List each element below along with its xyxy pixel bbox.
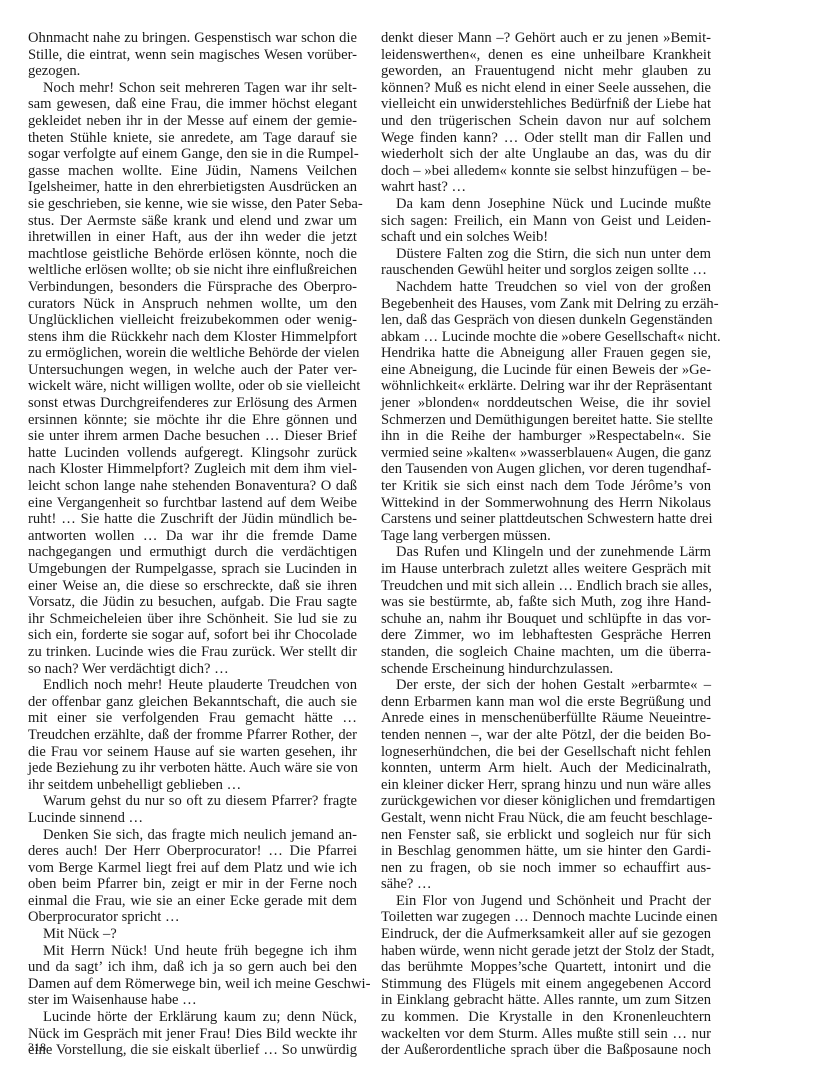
text-line: mit einer sie verfolgenden Frau gemacht … xyxy=(28,710,357,727)
text-line: zurückgewichen vor dieser königlichen un… xyxy=(381,793,711,810)
text-line: rauschenden Gewühl heiter und sorglos ze… xyxy=(381,262,711,279)
text-line: so nach? Wer verdächtigt dich? … xyxy=(28,661,357,678)
text-line: sie unter ihrem armen Dache besuchen … D… xyxy=(28,428,357,445)
text-line: ter Kritik sie sich einst nach dem Tode … xyxy=(381,478,711,495)
text-line: ein kleiner dicker Herr, sprang hinzu un… xyxy=(381,777,711,794)
text-line: denkt dieser Mann –? Gehört auch er zu j… xyxy=(381,30,711,47)
text-line: im Hause unterbrach zuletzt alles weiter… xyxy=(381,561,711,578)
text-line: ihr Schmeicheleien über ihre Schönheit. … xyxy=(28,611,357,628)
text-line: sich ein, forderte sie sogar auf, sofort… xyxy=(28,627,357,644)
text-line: nen Fenster saß, sie erblickt und soglei… xyxy=(381,827,711,844)
text-line: sich sagen: Freilich, ein Mann von Geist… xyxy=(381,213,711,230)
text-line: haben würde, wenn nicht gerade jetzt der… xyxy=(381,943,711,960)
text-line: jede Beziehung zu ihr verboten hätte. Au… xyxy=(28,760,357,777)
text-line: Stimmung des Flügels mit einem angegeben… xyxy=(381,976,711,993)
text-line: ersinnen könnte; sie möchte ihr die Ehre… xyxy=(28,412,357,429)
text-line: ruht! … Sie hatte die Zuschrift der Jüdi… xyxy=(28,511,357,528)
text-line: Unglücklichen vielleicht freizubekommen … xyxy=(28,312,357,329)
text-line: Eindruck, der die Aufmerksamkeit aller a… xyxy=(381,926,711,943)
text-line: nachgegangen und ermuthigt durch die ver… xyxy=(28,544,357,561)
text-line: schende Erscheinung hindurchzulassen. xyxy=(381,661,711,678)
text-line: Warum gehst du nur so oft zu diesem Pfar… xyxy=(28,793,357,810)
text-line: Wege finden kann? … Oder stellt man dir … xyxy=(381,130,711,147)
text-line: weltliche erlösen wollte; ob sie nicht i… xyxy=(28,262,357,279)
text-line: ihr seitdem unbehelligt geblieben … xyxy=(28,777,357,794)
text-line: Der erste, der sich der hohen Gestalt »e… xyxy=(381,677,711,694)
text-line: Treudchen erzählte, daß der fromme Pfarr… xyxy=(28,727,357,744)
text-line: und den trügerischen Schein davon nur au… xyxy=(381,113,711,130)
text-line: wahrt hast? … xyxy=(381,179,711,196)
text-line: nen zu fragen, ob sie noch immer so echa… xyxy=(381,860,711,877)
text-line: Hendrika hatte die Abneigung aller Fraue… xyxy=(381,345,711,362)
text-line: Das Rufen und Klingeln und der zunehmend… xyxy=(381,544,711,561)
text-line: sie geschrieben, sie kenne, wie sie wiss… xyxy=(28,196,357,213)
text-line: Gestalt, wenn nicht Frau Nück, die am fe… xyxy=(381,810,711,827)
text-line: ihretwillen in einer Haft, aus der ihn w… xyxy=(28,229,357,246)
text-line: vom Berge Karmel liegt frei auf dem Plat… xyxy=(28,860,357,877)
text-line: dere Zimmer, wo im lebhaftesten Gespräch… xyxy=(381,627,711,644)
text-line: Ohnmacht nahe zu bringen. Gespenstisch w… xyxy=(28,30,357,47)
text-line: sonst etwas Durchgreifenderes zur Erlösu… xyxy=(28,395,357,412)
text-line: jener »blonden« norddeutschen Weise, die… xyxy=(381,395,711,412)
text-line: schaft und ein solches Weib! xyxy=(381,229,711,246)
text-line: Treudchen und mit sich allein … Endlich … xyxy=(381,578,711,595)
text-line: Lucinde sinnend … xyxy=(28,810,357,827)
text-line: hatte Lucinden vollends aufgeregt. Kling… xyxy=(28,445,357,462)
book-page: Ohnmacht nahe zu bringen. Gespenstisch w… xyxy=(0,0,819,1065)
text-line: eine Abneigung, die Lucinde für einen Be… xyxy=(381,362,711,379)
text-line: in Einklang gebracht hätte. Alles rannte… xyxy=(381,992,711,1009)
text-line: Igelsheimer, hatte in den ehrerbietigste… xyxy=(28,179,357,196)
text-line: was sie bestürmte, ab, faßte sich Muth, … xyxy=(381,594,711,611)
text-line: stus. Der Aermste säße krank und elend u… xyxy=(28,213,357,230)
page-number: 318 xyxy=(28,1040,46,1054)
text-line: tenden nennen –, war der alte Pötzl, der… xyxy=(381,727,711,744)
text-line: können? Muß es nicht elend in einer Seel… xyxy=(381,80,711,97)
text-line: wackelten vor dem Sturm. Alles mußte sti… xyxy=(381,1026,711,1043)
text-line: schuhe an, nahm ihr Bouquet und schlüpft… xyxy=(381,611,711,628)
text-line: eine Vergangenheit so furchtbar lastend … xyxy=(28,495,357,512)
text-line: Nück im Gespräch mit jener Frau! Dies Bi… xyxy=(28,1026,357,1043)
text-line: gekleidet neben ihr in der Messe auf ein… xyxy=(28,113,357,130)
text-line: Nachdem hatte Treudchen so viel von der … xyxy=(381,279,711,296)
text-line: gasse machen wollte. Eine Jüdin, Namens … xyxy=(28,163,357,180)
text-line: stens ihm die Rückkehr nach dem Kloster … xyxy=(28,329,357,346)
text-line: sogar verfolgte auf einem Gange, den sie… xyxy=(28,146,357,163)
text-line: Düstere Falten zog die Stirn, die sich n… xyxy=(381,246,711,263)
text-line: logneserhündchen, die bei der Gesellscha… xyxy=(381,744,711,761)
text-line: der Außerordentliche sprach über die Baß… xyxy=(381,1042,711,1059)
text-line: antworten wollen … Da war ihr die fremde… xyxy=(28,528,357,545)
text-line: das berühmte Moppes’sche Quartett, inton… xyxy=(381,959,711,976)
text-line: in Beschlag genommen hätte, um sie hinte… xyxy=(381,843,711,860)
text-line: den Tausenden von Augen glichen, vor der… xyxy=(381,461,711,478)
text-line: Mit Nück –? xyxy=(28,926,357,943)
text-line: zu trinken. Lucinde wies die Frau zurück… xyxy=(28,644,357,661)
text-line: zu kommen. Die Krystalle in den Kronenle… xyxy=(381,1009,711,1026)
text-line: Da kam denn Josephine Nück und Lucinde m… xyxy=(381,196,711,213)
text-line: abkam … Lucinde mochte die »obere Gesell… xyxy=(381,329,711,346)
text-line: curators Nück in Anspruch nehmen wollte,… xyxy=(28,296,357,313)
text-line: der offenbar ganz gleichen Bekanntschaft… xyxy=(28,694,357,711)
text-line: Umgebungen der Rumpelgasse, sprach sie L… xyxy=(28,561,357,578)
text-line: Verbindungen, besonders die Fürsprache d… xyxy=(28,279,357,296)
text-line: Carstens und seiner plattdeutschen Schwe… xyxy=(381,511,711,528)
text-line: Damen auf dem Römerwege bin, weil ich me… xyxy=(28,976,357,993)
text-line: machtlose geistliche Behörde erlösen kön… xyxy=(28,246,357,263)
text-line: Anrede eines in menschenüberfüllte Räume… xyxy=(381,710,711,727)
text-line: leidenswerthen«, denen es eine unheilbar… xyxy=(381,47,711,64)
text-line: len, daß das Gespräch von diesen dunkeln… xyxy=(381,312,711,329)
text-line: denn Erbarmen kann man wol die erste Beg… xyxy=(381,694,711,711)
text-line: Lucinde hörte der Erklärung kaum zu; den… xyxy=(28,1009,357,1026)
text-line: ster im Waisenhause habe … xyxy=(28,992,357,1009)
text-line: einer Weise an, die diese so erschreckte… xyxy=(28,578,357,595)
text-line: Wittekind in der Sommerwohnung des Herrn… xyxy=(381,495,711,512)
text-line: Noch mehr! Schon seit mehreren Tagen war… xyxy=(28,80,357,97)
left-text-column: Ohnmacht nahe zu bringen. Gespenstisch w… xyxy=(28,30,357,1059)
text-line: wöhnlichkeit« erklärte. Delring war ihr … xyxy=(381,378,711,395)
text-line: Tage lang verbergen müssen. xyxy=(381,528,711,545)
text-line: vermied seine »kalten« »wasserblauen« Au… xyxy=(381,445,711,462)
text-line: vielleicht ein unwiderstehliches Bedürfn… xyxy=(381,96,711,113)
text-line: Vorsatz, die Jüdin zu besuchen, aufgab. … xyxy=(28,594,357,611)
text-line: Ein Flor von Jugend und Schönheit und Pr… xyxy=(381,893,711,910)
text-line: konnten, unterm Arm hielt. Auch der Medi… xyxy=(381,760,711,777)
text-line: geworden, an Frauentugend nicht mehr gla… xyxy=(381,63,711,80)
text-line: einmal die Frau, wie sie an einer Ecke g… xyxy=(28,893,357,910)
text-line: oben beim Pfarrer bin, zeigt er mir in d… xyxy=(28,876,357,893)
text-line: zu ermöglichen, worein die weltliche Beh… xyxy=(28,345,357,362)
text-line: Denken Sie sich, das fragte mich neulich… xyxy=(28,827,357,844)
text-line: Mit Herrn Nück! Und heute früh begegne i… xyxy=(28,943,357,960)
text-line: sam gewesen, daß eine Frau, die immer hö… xyxy=(28,96,357,113)
text-line: und da sagt’ ich ihm, daß ich ja so gern… xyxy=(28,959,357,976)
text-line: gezogen. xyxy=(28,63,357,80)
text-line: eine Vorstellung, die sie eiskalt überli… xyxy=(28,1042,357,1059)
text-line: Untersuchungen wegen, in welche auch der… xyxy=(28,362,357,379)
text-line: ihn in die Reihe der hamburger »Respecta… xyxy=(381,428,711,445)
text-line: Begebenheit des Hauses, vom Zank mit Del… xyxy=(381,296,711,313)
text-line: wiederholt sich der alte Unglaube an das… xyxy=(381,146,711,163)
text-line: leicht schon lange nahe stehenden Bonave… xyxy=(28,478,357,495)
text-line: Stille, die eintrat, wenn sein magisches… xyxy=(28,47,357,64)
text-line: wickelt wäre, nicht willigen wollte, ode… xyxy=(28,378,357,395)
text-line: Endlich noch mehr! Heute plauderte Treud… xyxy=(28,677,357,694)
text-line: standen, die sogleich Chaine machten, um… xyxy=(381,644,711,661)
text-line: nach Kloster Himmelpfort? Zugleich mit d… xyxy=(28,461,357,478)
text-line: Schmerzen und Demüthigungen bereitet hat… xyxy=(381,412,711,429)
text-line: Oberprocurator spricht … xyxy=(28,909,357,926)
text-line: sähe? … xyxy=(381,876,711,893)
right-text-column: denkt dieser Mann –? Gehört auch er zu j… xyxy=(381,30,711,1059)
text-line: doch – »bei alledem« konnte sie selbst h… xyxy=(381,163,711,180)
text-line: deres auch! Der Herr Oberprocurator! … D… xyxy=(28,843,357,860)
text-line: theten Stühle kniete, sie anredete, am T… xyxy=(28,130,357,147)
text-line: Toiletten war zugegen … Dennoch machte L… xyxy=(381,909,711,926)
text-line: die Frau vor seinem Hause auf sie warten… xyxy=(28,744,357,761)
